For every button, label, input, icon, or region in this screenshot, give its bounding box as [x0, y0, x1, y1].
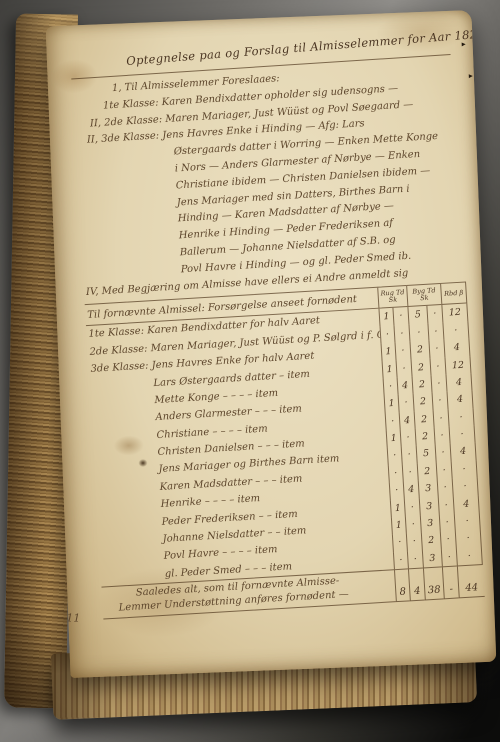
table-cell: ·	[456, 547, 483, 566]
table-cell: ·	[438, 496, 454, 514]
table-cell: 4	[399, 411, 415, 429]
table-cell: ·	[406, 533, 422, 551]
table-cell: 4	[446, 373, 473, 392]
table-cell: ·	[452, 477, 479, 496]
table-cell: 3	[418, 480, 438, 498]
table-cell: 4	[403, 481, 419, 499]
table-cell: ·	[401, 446, 417, 464]
table-cell: 12	[441, 304, 468, 323]
allowance-table: Til fornævnte Almissel: Forsørgelse anse…	[85, 282, 485, 620]
table-cell: 2	[421, 532, 441, 550]
table-cell: ·	[404, 498, 420, 516]
table-cell: ·	[427, 323, 443, 341]
table-cell: ·	[387, 447, 402, 465]
table-cell: ·	[393, 325, 409, 343]
table-cell: ·	[428, 340, 444, 358]
table-cell: ·	[455, 529, 482, 548]
table-cell: ·	[388, 464, 403, 482]
table-cell: 2	[414, 410, 434, 428]
table-cell: ·	[402, 464, 418, 482]
table-cell: ·	[407, 550, 423, 568]
table-cell: ·	[442, 321, 469, 340]
table-cell: 1	[386, 430, 401, 448]
table-cell: 5	[416, 445, 436, 463]
column-header-byg: Byg Td Sk	[406, 283, 441, 307]
table-cell: 4	[443, 338, 470, 357]
table-cell: ·	[398, 394, 414, 412]
table-cell: 2	[410, 341, 430, 359]
table-cell: ·	[392, 534, 407, 552]
table-cell: 2	[415, 428, 435, 446]
table-cell: ·	[435, 444, 451, 462]
table-cell: ·	[385, 412, 400, 430]
table-cell: ·	[383, 378, 398, 396]
table-cell: 2	[411, 358, 431, 376]
table-cell: 4	[447, 391, 474, 410]
column-header-rug: Rug Td Sk	[377, 285, 407, 309]
table-cell: 1	[384, 395, 399, 413]
table-cell: ·	[448, 408, 475, 427]
table-cell: 2	[417, 462, 437, 480]
table-cell: 5	[407, 306, 427, 324]
photo-background: ▸ ▸ Optegnelse paa og Forslag til Almiss…	[0, 0, 500, 742]
handwritten-content: Optegnelse paa og Forslag til Almisselem…	[46, 10, 497, 678]
table-cell: ·	[392, 307, 408, 325]
table-cell: ·	[430, 357, 446, 375]
table-cell: 2	[413, 393, 433, 411]
table-cell: 1	[382, 360, 397, 378]
total-cell: 38	[423, 567, 444, 601]
table-cell: 4	[453, 495, 480, 514]
table-cell: ·	[389, 482, 404, 500]
table-cell: 1	[391, 517, 406, 535]
table-cell: ·	[400, 429, 416, 447]
table-cell: ·	[380, 326, 395, 344]
table-cell: ·	[395, 342, 411, 360]
table-cell: 1	[381, 343, 396, 361]
table-cell: 4	[450, 443, 477, 462]
table-cell: 3	[419, 497, 439, 515]
table-cell: 1	[378, 308, 393, 326]
table-cell: ·	[441, 548, 457, 566]
table-cell: ·	[433, 409, 449, 427]
table-cell: 2	[412, 376, 432, 394]
page-title: Optegnelse paa og Forslag til Almisselem…	[126, 29, 452, 68]
table-cell: ·	[440, 531, 456, 549]
table-cell: 4	[397, 377, 413, 395]
table-cell: ·	[396, 359, 412, 377]
table-cell: ·	[431, 375, 447, 393]
total-cell: 44	[457, 564, 485, 598]
column-header-penge: Rbd β	[440, 282, 467, 306]
table-cell: 12	[444, 356, 471, 375]
table-cell: ·	[439, 514, 455, 532]
table-cell: ·	[426, 305, 442, 323]
manuscript-page: ▸ ▸ Optegnelse paa og Forslag til Almiss…	[46, 10, 497, 678]
table-cell: ·	[432, 392, 448, 410]
table-cell: ·	[393, 551, 408, 569]
table-cell: 3	[420, 515, 440, 533]
table-cell: ·	[454, 512, 481, 531]
table-cell: 3	[422, 549, 442, 567]
table-cell: ·	[408, 324, 428, 342]
table-cell: ·	[437, 479, 453, 497]
table-cell: ·	[451, 460, 478, 479]
table-cell: ·	[434, 427, 450, 445]
table-cell: 1	[390, 499, 405, 517]
table-cell: ·	[449, 425, 476, 444]
table-cell: ·	[405, 516, 421, 534]
table-cell: ·	[436, 462, 452, 480]
